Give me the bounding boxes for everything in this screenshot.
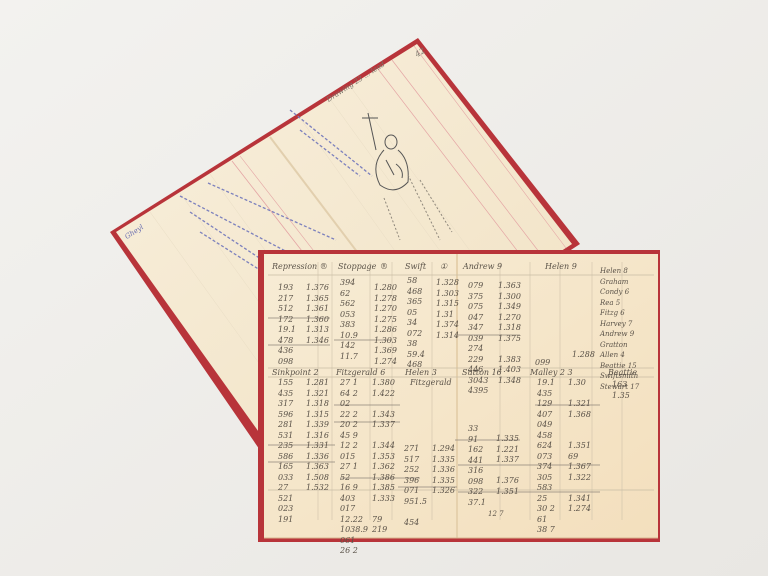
left-s1-col2: 1.376 1.365 1.361 1.360 1.313 1.346 bbox=[306, 283, 329, 346]
left-s1-col6: 1.328 1.303 1.315 1.31 1.374 1.314 bbox=[436, 278, 459, 341]
right-header-1: Andrew 9 bbox=[463, 262, 502, 271]
left-s2-col4: 1.380 1.422 1.343 1.337 1.344 1.353 1.36… bbox=[372, 378, 395, 536]
left-s2-col2: 1.281 1.321 1.318 1.315 1.339 1.316 1.33… bbox=[306, 378, 329, 494]
photo-scene: 42 Drawing 23 ... lead Gheyl Repression … bbox=[0, 0, 768, 576]
right-s1-value-2: 099 bbox=[535, 358, 550, 367]
right-s2-header-3: Beattie bbox=[608, 368, 637, 377]
right-s2-col4: 1.30 1.321 1.368 1.351 69 1.367 1.322 1.… bbox=[568, 378, 591, 515]
right-s1-value-1: 1.288 bbox=[572, 350, 595, 359]
left-header-1: Repression ® bbox=[272, 262, 328, 271]
left-s2-col3: 27 1 64 2 02 22 2 20 2 45 9 12 2 015 27 … bbox=[340, 378, 368, 557]
left-s2-header-3: Helen 3 bbox=[405, 368, 437, 377]
left-header-3: ® bbox=[380, 262, 388, 271]
right-s1-col1: 079 375 075 047 347 039 274 229 446 3043… bbox=[468, 281, 488, 397]
left-s1-col4: 1.280 1.278 1.270 1.275 1.286 1.303 1.36… bbox=[374, 283, 397, 367]
right-s2-col2: 1.335 1.221 1.337 1.376 1.351 bbox=[496, 434, 519, 497]
left-s1-col3: 394 62 562 053 383 10.9 142 11.7 bbox=[340, 278, 358, 362]
left-header-2: Stoppage bbox=[338, 262, 376, 271]
right-s2-header-1: Sutton 16 bbox=[462, 368, 502, 377]
left-s2-header-4: Fitzgerald bbox=[410, 378, 452, 387]
right-footer-note: 12 7 bbox=[488, 510, 504, 518]
right-header-2: Helen 9 bbox=[545, 262, 577, 271]
right-s2-col1: 33 91 162 441 316 098 322 37.1 bbox=[468, 424, 486, 508]
left-s1-col5: 58 468 365 05 34 072 38 59.4 468 bbox=[407, 276, 425, 371]
left-s2-col5: 271 517 252 396 071 951.5 454 bbox=[404, 444, 427, 528]
right-s2-col3: 19.1 435 129 407 049 458 624 073 374 305… bbox=[537, 378, 555, 536]
left-s2-header-2: Fitzgerald 6 bbox=[336, 368, 385, 377]
left-s2-header-1: Sinkpoint 2 bbox=[272, 368, 319, 377]
right-s2-header-2: Malley 2 3 bbox=[530, 368, 573, 377]
left-header-5: ① bbox=[440, 262, 447, 271]
left-s2-col6: 1.294 1.335 1.336 1.335 1.326 bbox=[432, 444, 455, 497]
right-s2-col5: 163 1.35 bbox=[612, 380, 630, 401]
left-header-4: Swift bbox=[405, 262, 426, 271]
left-s1-col1: 193 217 512 172 19.1 478 436 098 bbox=[278, 283, 296, 367]
left-s2-col1: 155 435 317 596 281 531 235 586 165 033 … bbox=[278, 378, 293, 525]
